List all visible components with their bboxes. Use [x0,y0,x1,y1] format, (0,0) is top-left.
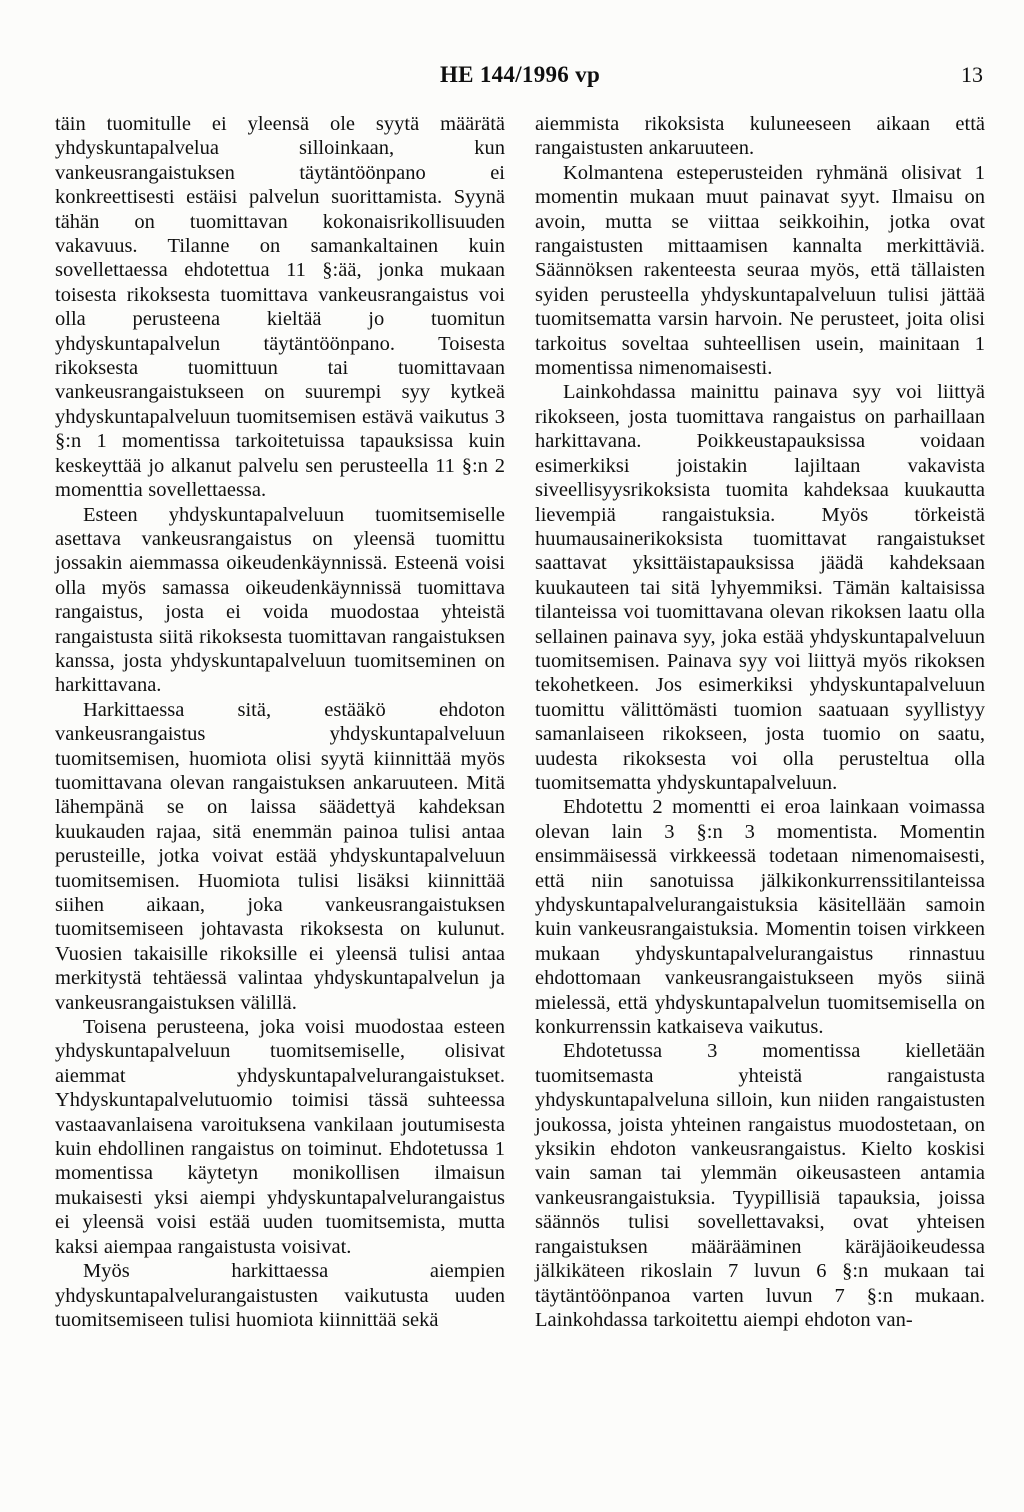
left-column: täin tuomitulle ei yleensä ole syytä mää… [55,112,505,1332]
page-header: HE 144/1996 vp 13 [55,62,985,94]
document-page: HE 144/1996 vp 13 täin tuomitulle ei yle… [0,0,1024,1512]
document-id: HE 144/1996 vp [440,62,600,87]
page-number: 13 [961,62,983,88]
paragraph: Esteen yhdyskuntapalveluun tuomitsemisel… [55,503,505,698]
body-columns: täin tuomitulle ei yleensä ole syytä mää… [55,112,985,1332]
paragraph: Toisena perusteena, joka voisi muodostaa… [55,1015,505,1259]
paragraph: Ehdotettu 2 momentti ei eroa lainkaan vo… [535,795,985,1039]
right-column: aiemmista rikoksista kuluneeseen aikaan … [535,112,985,1332]
paragraph: aiemmista rikoksista kuluneeseen aikaan … [535,112,985,161]
paragraph: Lainkohdassa mainittu painava syy voi li… [535,380,985,795]
paragraph: Kolmantena esteperusteiden ryhmänä olisi… [535,161,985,381]
paragraph: Ehdotetussa 3 momentissa kielletään tuom… [535,1039,985,1332]
paragraph: täin tuomitulle ei yleensä ole syytä mää… [55,112,505,503]
paragraph: Harkittaessa sitä, estääkö ehdoton vanke… [55,698,505,1015]
paragraph: Myös harkittaessa aiempien yhdyskuntapal… [55,1259,505,1332]
